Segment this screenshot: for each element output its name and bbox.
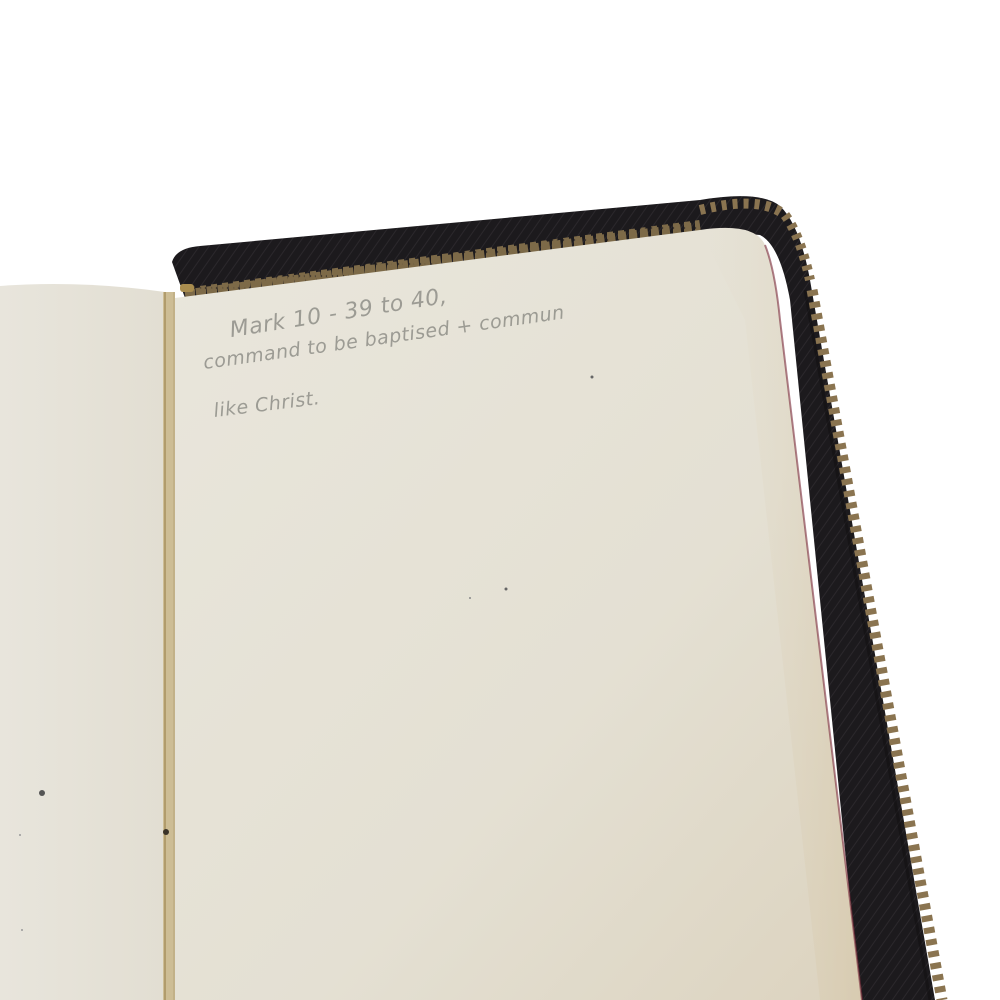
book-gutter	[163, 292, 175, 1000]
speck	[39, 790, 45, 796]
photo-scene: Mark 10 - 39 to 40, command to be baptis…	[0, 0, 1000, 1000]
book-illustration	[0, 0, 1000, 1000]
left-page	[0, 284, 168, 1000]
